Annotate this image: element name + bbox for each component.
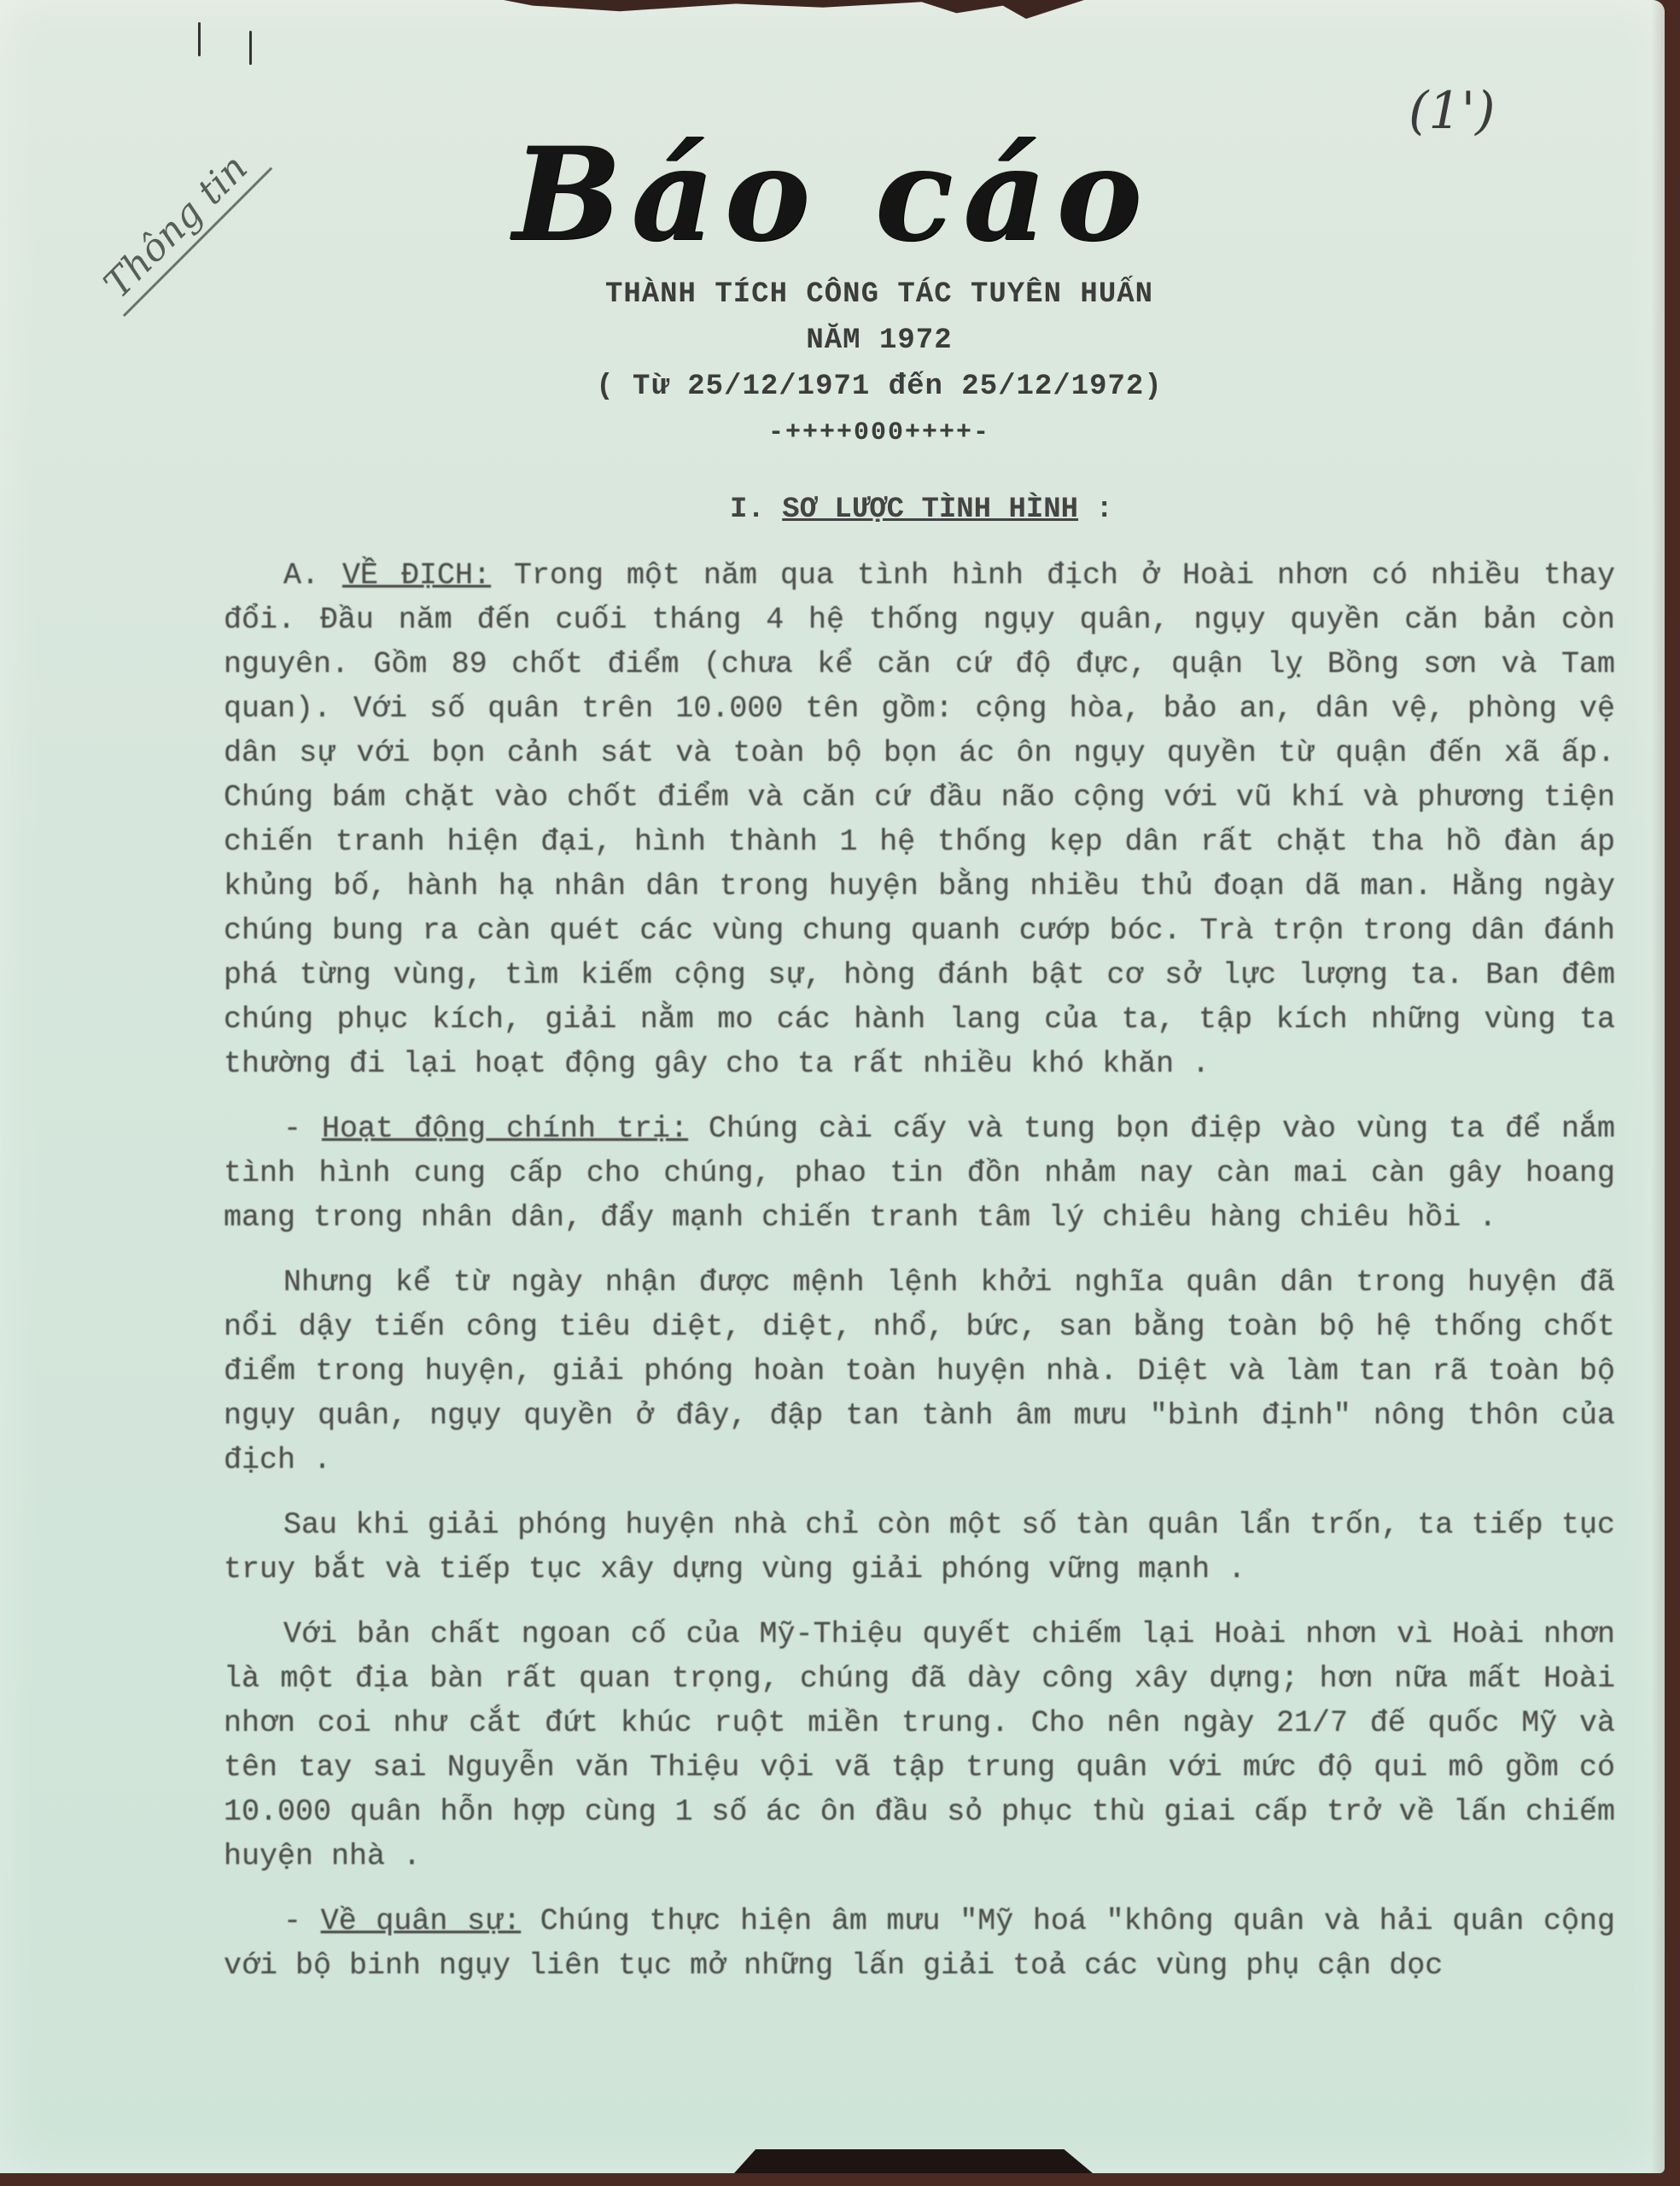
subtitle-line: THÀNH TÍCH CÔNG TÁC TUYÊN HUẤN [495, 272, 1263, 318]
section-heading: I. SƠ LƯỢC TÌNH HÌNH : [730, 494, 1113, 526]
document-page: Thông tin (1') Báo cáo THÀNH TÍCH CÔNG T… [0, 0, 1665, 2173]
paragraph: Nhưng kể từ ngày nhận được mệnh lệnh khở… [224, 1260, 1615, 1482]
paragraph-text: Nhưng kể từ ngày nhận được mệnh lệnh khở… [224, 1265, 1615, 1477]
paragraph: Với bản chất ngoan cố của Mỹ-Thiệu quyết… [224, 1612, 1615, 1879]
subtitle-date-range: ( Từ 25/12/1971 đến 25/12/1972) [495, 364, 1263, 410]
document-title: Báo cáo [0, 120, 1665, 270]
document-body: A. VỀ ĐỊCH: Trong một năm qua tình hình … [224, 553, 1615, 2008]
paragraph-label: Hoạt động chính trị: [322, 1112, 688, 1146]
section-suffix: : [1095, 494, 1112, 526]
paragraph: Sau khi giải phóng huyện nhà chỉ còn một… [224, 1503, 1615, 1592]
paragraph: - Về quân sự: Chúng thực hiện âm mưu "Mỹ… [224, 1899, 1615, 1988]
paragraph-text: Trong một năm qua tình hình địch ở Hoài … [224, 558, 1615, 1081]
paragraph-text: Với bản chất ngoan cố của Mỹ-Thiệu quyết… [224, 1617, 1615, 1873]
section-title: SƠ LƯỢC TÌNH HÌNH [782, 494, 1078, 526]
paragraph: A. VỀ ĐỊCH: Trong một năm qua tình hình … [224, 553, 1615, 1086]
paragraph-prefix: - [283, 1904, 301, 1938]
subtitle-year: NĂM 1972 [495, 318, 1263, 364]
paragraph: - Hoạt động chính trị: Chúng cài cấy và … [224, 1107, 1615, 1240]
torn-edge-bottom [734, 2149, 1093, 2173]
section-number: I. [730, 494, 765, 526]
paragraph-prefix: A. [283, 558, 319, 593]
paragraph-text: Sau khi giải phóng huyện nhà chỉ còn một… [224, 1508, 1615, 1587]
subtitle-block: THÀNH TÍCH CÔNG TÁC TUYÊN HUẤN NĂM 1972 … [495, 272, 1263, 456]
divider: -++++000++++- [495, 410, 1263, 456]
paragraph-label: VỀ ĐỊCH: [342, 558, 491, 593]
paragraph-label: Về quân sự: [321, 1904, 521, 1938]
paragraph-prefix: - [283, 1112, 301, 1146]
torn-edge-top [504, 0, 1084, 19]
